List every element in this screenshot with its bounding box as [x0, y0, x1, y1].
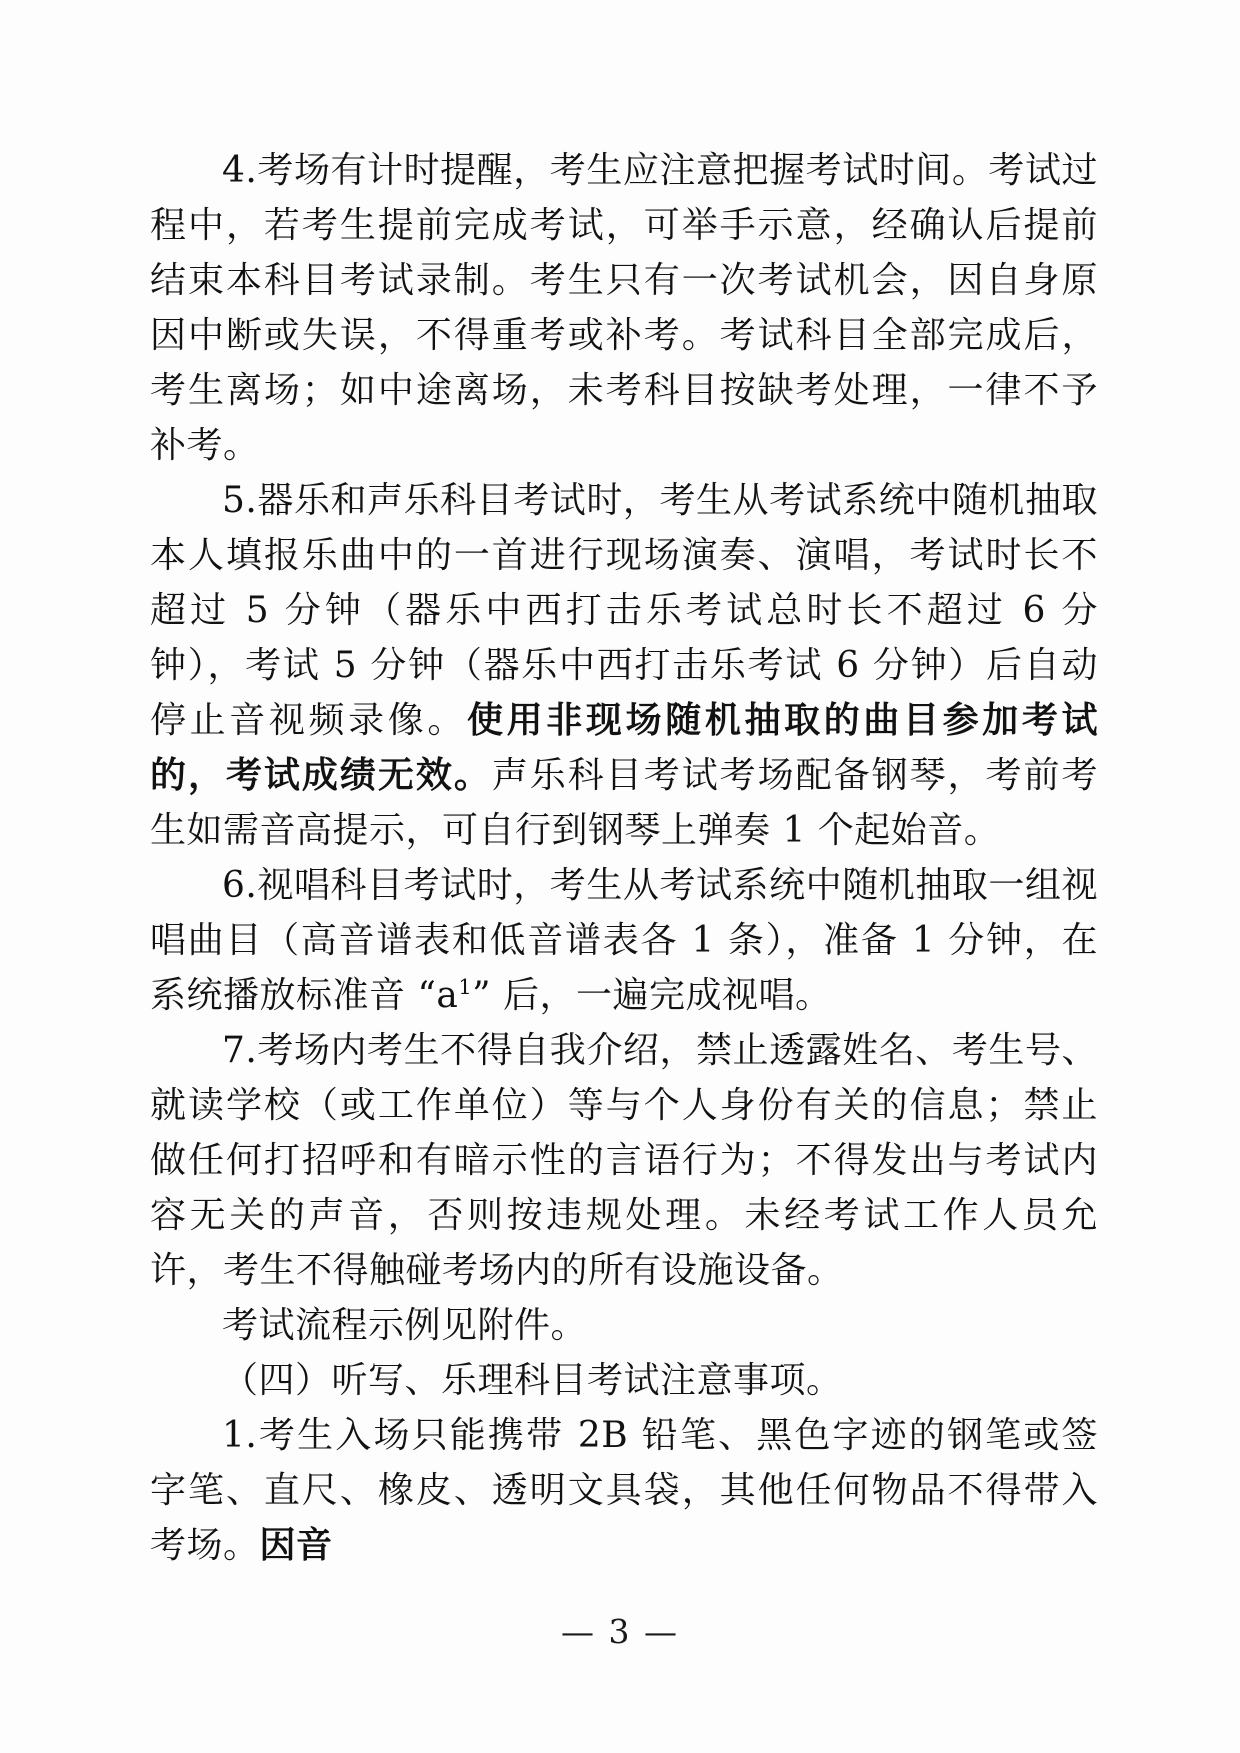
- paragraph-item-7: 7.考场内考生不得自我介绍，禁止透露姓名、考生号、就读学校（或工作单位）等与个人…: [150, 1023, 1098, 1298]
- text-segment: ” 后，一遍完成视唱。: [472, 975, 831, 1016]
- page-footer: — 3 —: [0, 1612, 1240, 1651]
- text-segment: 4.考场有计时提醒，考生应注意把握考试时间。考试过程中，若考生提前完成考试，可举…: [150, 150, 1098, 466]
- text-segment: （四）听写、乐理科目考试注意事项。: [222, 1360, 843, 1401]
- paragraph-item-6: 6.视唱科目考试时，考生从考试系统中随机抽取一组视唱曲目（高音谱表和低音谱表各 …: [150, 858, 1098, 1023]
- document-body: 4.考场有计时提醒，考生应注意把握考试时间。考试过程中，若考生提前完成考试，可举…: [150, 143, 1098, 1573]
- paragraph-attachment-note: 考试流程示例见附件。: [150, 1298, 1098, 1353]
- document-page: 4.考场有计时提醒，考生应注意把握考试时间。考试过程中，若考生提前完成考试，可举…: [0, 0, 1240, 1753]
- paragraph-item-5: 5.器乐和声乐科目考试时，考生从考试系统中随机抽取本人填报乐曲中的一首进行现场演…: [150, 473, 1098, 858]
- bold-text-segment: 因音: [260, 1524, 333, 1566]
- paragraph-item-1: 1.考生入场只能携带 2B 铅笔、黑色字迹的钢笔或签字笔、直尺、橡皮、透明文具袋…: [150, 1408, 1098, 1573]
- superscript-text-segment: 1: [458, 975, 472, 999]
- page-number: — 3 —: [561, 1612, 679, 1651]
- text-segment: 7.考场内考生不得自我介绍，禁止透露姓名、考生号、就读学校（或工作单位）等与个人…: [150, 1030, 1098, 1291]
- paragraph-item-4: 4.考场有计时提醒，考生应注意把握考试时间。考试过程中，若考生提前完成考试，可举…: [150, 143, 1098, 473]
- text-segment: 考试流程示例见附件。: [222, 1305, 587, 1346]
- paragraph-section-4-heading: （四）听写、乐理科目考试注意事项。: [150, 1353, 1098, 1408]
